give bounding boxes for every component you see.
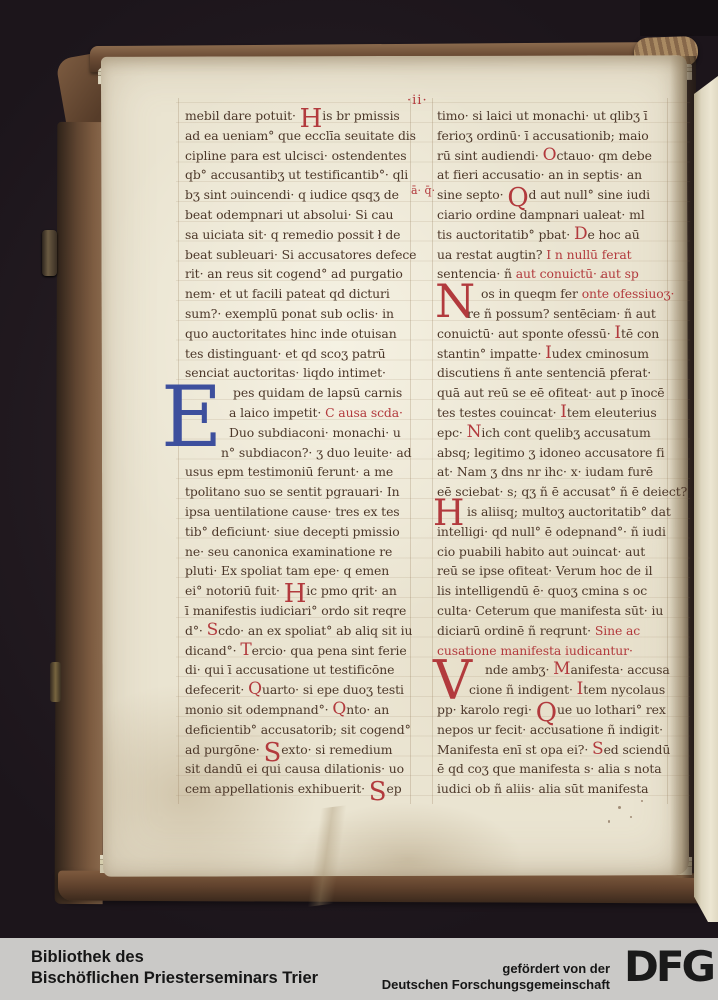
manuscript-line: d°· Scdo· an ex spoliat° ab aliq sit iu <box>185 621 437 641</box>
manuscript-line: cipline para est ulcisci· ostendentes <box>185 146 437 166</box>
manuscript-line: ad purgōne· Sexto· si remedium <box>185 740 437 760</box>
library-name-line1: Bibliothek des <box>31 947 318 968</box>
manuscript-line: discutiens ñ ante sentenciā pferat· <box>437 363 669 383</box>
book-cover-edge-left <box>55 122 106 904</box>
funding-credit-line1: gefördert von der <box>382 961 610 977</box>
funding-credit-line2: Deutschen Forschungsgemeinschaft <box>382 977 610 993</box>
digitized-manuscript-screenshot: ·ii· ā· q̄· mebil dare potuit· His br pm… <box>0 0 718 1000</box>
manuscript-line: pes quidam de lapsū carnis <box>185 383 437 403</box>
manuscript-line: at· Nam ʒ dns nr ihc· x· iudam furē <box>437 462 669 482</box>
manuscript-line: bʒ sint ɔuincendi· q iudice qsqʒ de <box>185 185 437 205</box>
facing-page-edge <box>694 76 718 922</box>
manuscript-line: dicand°· Tercio· qua pena sint ferie <box>185 641 437 661</box>
initial-N: N <box>435 278 475 324</box>
library-name-line2: Bischöflichen Priesterseminars Trier <box>31 968 318 989</box>
manuscript-line: ciario ordine dampnari ualeat· ml <box>437 205 669 225</box>
text-column-left: mebil dare potuit· His br pmissisad ea u… <box>185 106 437 799</box>
text-column-right: timo· si laici ut monachi· ut qlibʒ īfer… <box>437 106 669 799</box>
manuscript-line: Duo subdiaconi· monachi· u <box>185 423 437 443</box>
manuscript-line: tib° deficiunt· siue decepti pmissio <box>185 522 437 542</box>
manuscript-line: lis intelligendū ē· quoʒ cmina s oc <box>437 581 669 601</box>
manuscript-line: tes testes couincat· Item eleuterius <box>437 403 669 423</box>
manuscript-line: diciarū ordinē ñ reqrunt· Sine ac <box>437 621 669 641</box>
manuscript-line: senciat auctoritas· liqdo intimet· <box>185 363 437 383</box>
manuscript-line: rū sint audiendi· Octauo· qm debe <box>437 146 669 166</box>
manuscript-line: rit· an reus sit cogend° ad purgatio <box>185 264 437 284</box>
manuscript-line: ua restat augtin? I n nullū ferat <box>437 245 669 265</box>
manuscript-line: ad ea ueniam° que ecclīa seuitate dis <box>185 126 437 146</box>
manuscript-line: reū se ipse ofiteat· Verum hoc de il <box>437 561 669 581</box>
manuscript-line: stantin° impatte· Iudex cminosum <box>437 344 669 364</box>
manuscript-line: ī manifestis iudiciari° ordo sit reqre <box>185 601 437 621</box>
manuscript-line: deficientib° accusatorib; sit cogend° <box>185 720 437 740</box>
manuscript-line: defecerit· Quarto· si epe duoʒ testi <box>185 680 437 700</box>
manuscript-line: qb° accusantibʒ ut testificantib°· qli <box>185 165 437 185</box>
manuscript-line: beat odempnari ut absolui· Si cau <box>185 205 437 225</box>
manuscript-line: epc· Nich cont quelibʒ accusatum <box>437 423 669 443</box>
manuscript-line: at fieri accusatio· an in septis· an <box>437 165 669 185</box>
dfg-logo: DFG <box>624 946 713 988</box>
manuscript-line: iudici ob ñ aliis· alia sūt manifesta <box>437 779 669 799</box>
manuscript-line: usus epm testimoniū ferunt· a me <box>185 462 437 482</box>
manuscript-line: ē qd coʒ que manifesta s· alia s nota <box>437 759 669 779</box>
manuscript-line: eē sciebat· s; qʒ ñ ē accusat° ñ ē deiec… <box>437 482 669 502</box>
manuscript-line: ipsa uentilatione cause· tres ex tes <box>185 502 437 522</box>
manuscript-line: quā aut reū se eē ofiteat· aut p īnocē <box>437 383 669 403</box>
illuminated-initial-E: E <box>161 375 222 459</box>
initial-H: H <box>433 496 464 532</box>
manuscript-line: intelligi· qd null° ē odepnand°· ñ iudi <box>437 522 669 542</box>
book-clasp <box>42 230 57 276</box>
page-gutter <box>670 56 696 878</box>
manuscript-line: n° subdiacon?· ʒ duo leuite· ad <box>185 443 437 463</box>
manuscript-line: quo auctoritates hinc inde otuisan <box>185 324 437 344</box>
manuscript-line: culta· Ceterum que manifesta sūt· iu <box>437 601 669 621</box>
library-name: Bibliothek des Bischöflichen Priestersem… <box>31 947 318 988</box>
footer-banner: Bibliothek des Bischöflichen Priestersem… <box>0 938 718 1000</box>
manuscript-line: absq; legitimo ʒ idoneo accusatore fi <box>437 443 669 463</box>
manuscript-line: beat subleuari· Si accusatores defece <box>185 245 437 265</box>
manuscript-line: ferioʒ ordinū· ī accusationib; maio <box>437 126 669 146</box>
manuscript-line: ei° notoriū fuit· Hic pmo qrit· an <box>185 581 437 601</box>
manuscript-line: monio sit odempnand°· Qnto· an <box>185 700 437 720</box>
manuscript-line: sa uiciata sit· q remedio possit ł de <box>185 225 437 245</box>
manuscript-line: di· qui ī accusatione ut testificōne <box>185 660 437 680</box>
manuscript-line: mebil dare potuit· His br pmissis <box>185 106 437 126</box>
manuscript-line: cem appellationis exhibuerit· Sep <box>185 779 437 799</box>
funding-credit: gefördert von der Deutschen Forschungsge… <box>382 961 610 992</box>
manuscript-line: nem· et ut facili pateat qd dicturi <box>185 284 437 304</box>
book-clasp-remnant <box>50 662 61 702</box>
ink-speck <box>618 806 621 809</box>
background-shadow-corner <box>640 0 718 36</box>
initial-V: V <box>433 654 472 708</box>
manuscript-line: a laico impetit· C ausa scda· <box>185 403 437 423</box>
manuscript-line: timo· si laici ut monachi· ut qlibʒ ī <box>437 106 669 126</box>
manuscript-line: tpolitano suo se sentit pgrauari· In <box>185 482 437 502</box>
manuscript-line: cio puabili habito aut ɔuincat· aut <box>437 542 669 562</box>
manuscript-line: Manifesta enī st opa ei?· Sed sciendū <box>437 740 669 760</box>
ink-speck <box>608 820 610 823</box>
ink-speck <box>630 816 632 818</box>
photo-area: ·ii· ā· q̄· mebil dare potuit· His br pm… <box>0 0 718 938</box>
manuscript-line: tes distinguant· et qd scoʒ patrū <box>185 344 437 364</box>
manuscript-line: sit dandū ei qui causa dilationis· uo <box>185 759 437 779</box>
manuscript-line: ne· seu canonica examinatione re <box>185 542 437 562</box>
manuscript-line: tis auctoritatib° pbat· De hoc aū <box>437 225 669 245</box>
manuscript-line: is aliisq; multoʒ auctoritatib° dat <box>437 502 669 522</box>
manuscript-line: sum?· exemplū ponat sub oclis· in <box>185 304 437 324</box>
manuscript-line: pluti· Ex spoliat tam epe· q emen <box>185 561 437 581</box>
manuscript-line: sine septo· Qd aut null° sine iudi <box>437 185 669 205</box>
manuscript-line: nepos ur fecit· accusatione ñ indigit· <box>437 720 669 740</box>
